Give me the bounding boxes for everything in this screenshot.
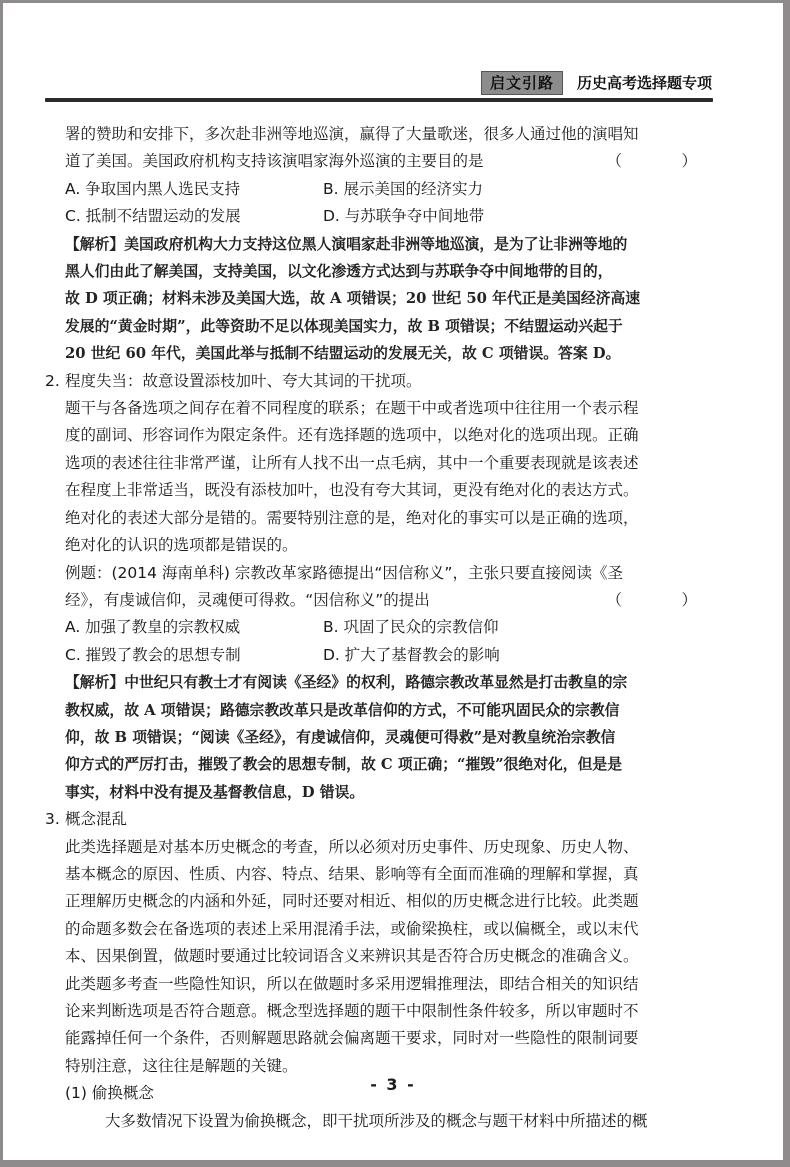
- analysis-line: 仰方式的严厉打击，摧毁了教会的思想专制，故 C 项正确；“摧毁”很绝对化，但是是: [45, 751, 713, 778]
- section-heading: 2. 程度失当：故意设置添枝加叶、夸大其词的干扰项。: [45, 368, 713, 395]
- section-heading: 3. 概念混乱: [45, 806, 713, 833]
- body-line: 选项的表述往往非常严谨，让所有人找不出一点毛病，其中一个重要表现就是该表述: [45, 450, 713, 477]
- section-number: 2.: [45, 368, 65, 395]
- section-title: 概念混乱: [65, 806, 127, 833]
- analysis-line: 黑人们由此了解美国，支持美国，以文化渗透方式达到与苏联争夺中间地带的目的，: [45, 258, 713, 285]
- question-stem-text: 道了美国。美国政府机构支持该演唱家海外巡演的主要目的是: [65, 148, 484, 175]
- body-line: 论来判断选项是否符合题意。概念型选择题的题干中限制性条件较多，所以审题时不: [45, 998, 713, 1025]
- option-a: A. 争取国内黑人选民支持: [65, 176, 323, 203]
- body-line: 度的副词、形容词作为限定条件。还有选择题的选项中，以绝对化的选项出现。正确: [45, 422, 713, 449]
- body-line: 正理解历史概念的内涵和外延，同时还要对相近、相似的历史概念进行比较。此类题: [45, 888, 713, 915]
- example-stem-line: 例题：(2014 海南单科) 宗教改革家路德提出“因信称义”，主张只要直接阅读《…: [45, 560, 713, 587]
- analysis-line: 故 D 项正确；材料未涉及美国大选，故 A 项错误；20 世纪 50 年代正是美…: [45, 285, 713, 312]
- analysis-line: 事实，材料中没有提及基督教信息，D 错误。: [45, 779, 713, 806]
- page-number: - 3 -: [3, 1075, 783, 1094]
- analysis-line: 【解析】美国政府机构大力支持这位黑人演唱家赴非洲等地巡演，是为了让非洲等地的: [45, 231, 713, 258]
- body-line: 此类选择题是对基本历史概念的考查，所以必须对历史事件、历史现象、历史人物、: [45, 834, 713, 861]
- option-c: C. 抵制不结盟运动的发展: [65, 203, 323, 230]
- answer-blank: （ ）: [606, 148, 719, 175]
- analysis-line: 20 世纪 60 年代，美国此举与抵制不结盟运动的发展无关，故 C 项错误。答案…: [45, 340, 713, 367]
- analysis-line: 教权威，故 A 项错误；路德宗教改革只是改革信仰的方式，不可能巩固民众的宗教信: [45, 697, 713, 724]
- analysis-block: 【解析】中世纪只有教士才有阅读《圣经》的权利，路德宗教改革显然是打击教皇的宗 教…: [45, 669, 713, 806]
- question-stem-line: 道了美国。美国政府机构支持该演唱家海外巡演的主要目的是 （ ）: [45, 148, 713, 175]
- section-2: 2. 程度失当：故意设置添枝加叶、夸大其词的干扰项。 题干与各备选项之间存在着不…: [45, 368, 713, 807]
- analysis-line: 仰，故 B 项错误；“阅读《圣经》，有虔诚信仰，灵魂便可得救”是对教皇统治宗教信: [45, 724, 713, 751]
- document-page: 启文引路 历史高考选择题专项 署的赞助和安排下，多次赴非洲等地巡演，赢得了大量歌…: [3, 3, 783, 1160]
- option-c: C. 摧毁了教会的思想专制: [65, 642, 323, 669]
- body-line: 在程度上非常适当，既没有添枝加叶，也没有夸大其词，更没有绝对化的表达方式。: [45, 477, 713, 504]
- header-rule: [45, 98, 713, 102]
- analysis-line: 【解析】中世纪只有教士才有阅读《圣经》的权利，路德宗教改革显然是打击教皇的宗: [45, 669, 713, 696]
- options-grid: A. 加强了教皇的宗教权威 B. 巩固了民众的宗教信仰 C. 摧毁了教会的思想专…: [45, 614, 713, 669]
- page-body: 署的赞助和安排下，多次赴非洲等地巡演，赢得了大量歌迷，很多人通过他的演唱知 道了…: [45, 121, 713, 1135]
- page-header: 启文引路 历史高考选择题专项: [45, 69, 713, 101]
- body-line: 的命题多数会在备选项的表述上采用混淆手法，或偷梁换柱，或以偏概全，或以末代: [45, 916, 713, 943]
- analysis-block: 【解析】美国政府机构大力支持这位黑人演唱家赴非洲等地巡演，是为了让非洲等地的 黑…: [45, 231, 713, 368]
- option-d: D. 扩大了基督教会的影响: [323, 642, 713, 669]
- body-line: 能露掉任何一个条件，否则解题思路就会偏离题干要求，同时对一些隐性的限制词要: [45, 1025, 713, 1052]
- analysis-line: 发展的“黄金时期”，此等资助不足以体现美国实力，故 B 项错误；不结盟运动兴起于: [45, 313, 713, 340]
- series-badge: 启文引路: [481, 71, 563, 95]
- option-a: A. 加强了教皇的宗教权威: [65, 614, 323, 641]
- body-line: 绝对化的表述大部分是错的。需要特别注意的是，绝对化的事实可以是正确的选项，: [45, 505, 713, 532]
- body-line: 题干与各备选项之间存在着不同程度的联系；在题干中或者选项中往往用一个表示程: [45, 395, 713, 422]
- answer-blank: （ ）: [606, 587, 719, 614]
- body-line: 此类题多考查一些隐性知识，所以在做题时多采用逻辑推理法，即结合相关的知识结: [45, 971, 713, 998]
- section-title: 程度失当：故意设置添枝加叶、夸大其词的干扰项。: [65, 368, 422, 395]
- option-b: B. 展示美国的经济实力: [323, 176, 713, 203]
- question-1: 署的赞助和安排下，多次赴非洲等地巡演，赢得了大量歌迷，很多人通过他的演唱知 道了…: [45, 121, 713, 368]
- option-b: B. 巩固了民众的宗教信仰: [323, 614, 713, 641]
- option-d: D. 与苏联争夺中间地带: [323, 203, 713, 230]
- section-number: 3.: [45, 806, 65, 833]
- body-line: 大多数情况下设置为偷换概念，即干扰项所涉及的概念与题干材料中所描述的概: [45, 1108, 713, 1135]
- body-line: 基本概念的原因、性质、内容、特点、结果、影响等有全面而准确的理解和掌握，真: [45, 861, 713, 888]
- options-grid: A. 争取国内黑人选民支持 B. 展示美国的经济实力 C. 抵制不结盟运动的发展…: [45, 176, 713, 231]
- example-question: 例题：(2014 海南单科) 宗教改革家路德提出“因信称义”，主张只要直接阅读《…: [45, 560, 713, 807]
- example-stem-line: 经》，有虔诚信仰，灵魂便可得救。“因信称义”的提出 （ ）: [45, 587, 713, 614]
- body-line: 本、因果倒置，做题时要通过比较词语含义来辨识其是否符合历史概念的准确含义。: [45, 943, 713, 970]
- book-title: 历史高考选择题专项: [577, 72, 712, 93]
- example-stem-text: 经》，有虔诚信仰，灵魂便可得救。“因信称义”的提出: [65, 587, 430, 614]
- question-stem-line: 署的赞助和安排下，多次赴非洲等地巡演，赢得了大量歌迷，很多人通过他的演唱知: [45, 121, 713, 148]
- body-line: 绝对化的认识的选项都是错误的。: [45, 532, 713, 559]
